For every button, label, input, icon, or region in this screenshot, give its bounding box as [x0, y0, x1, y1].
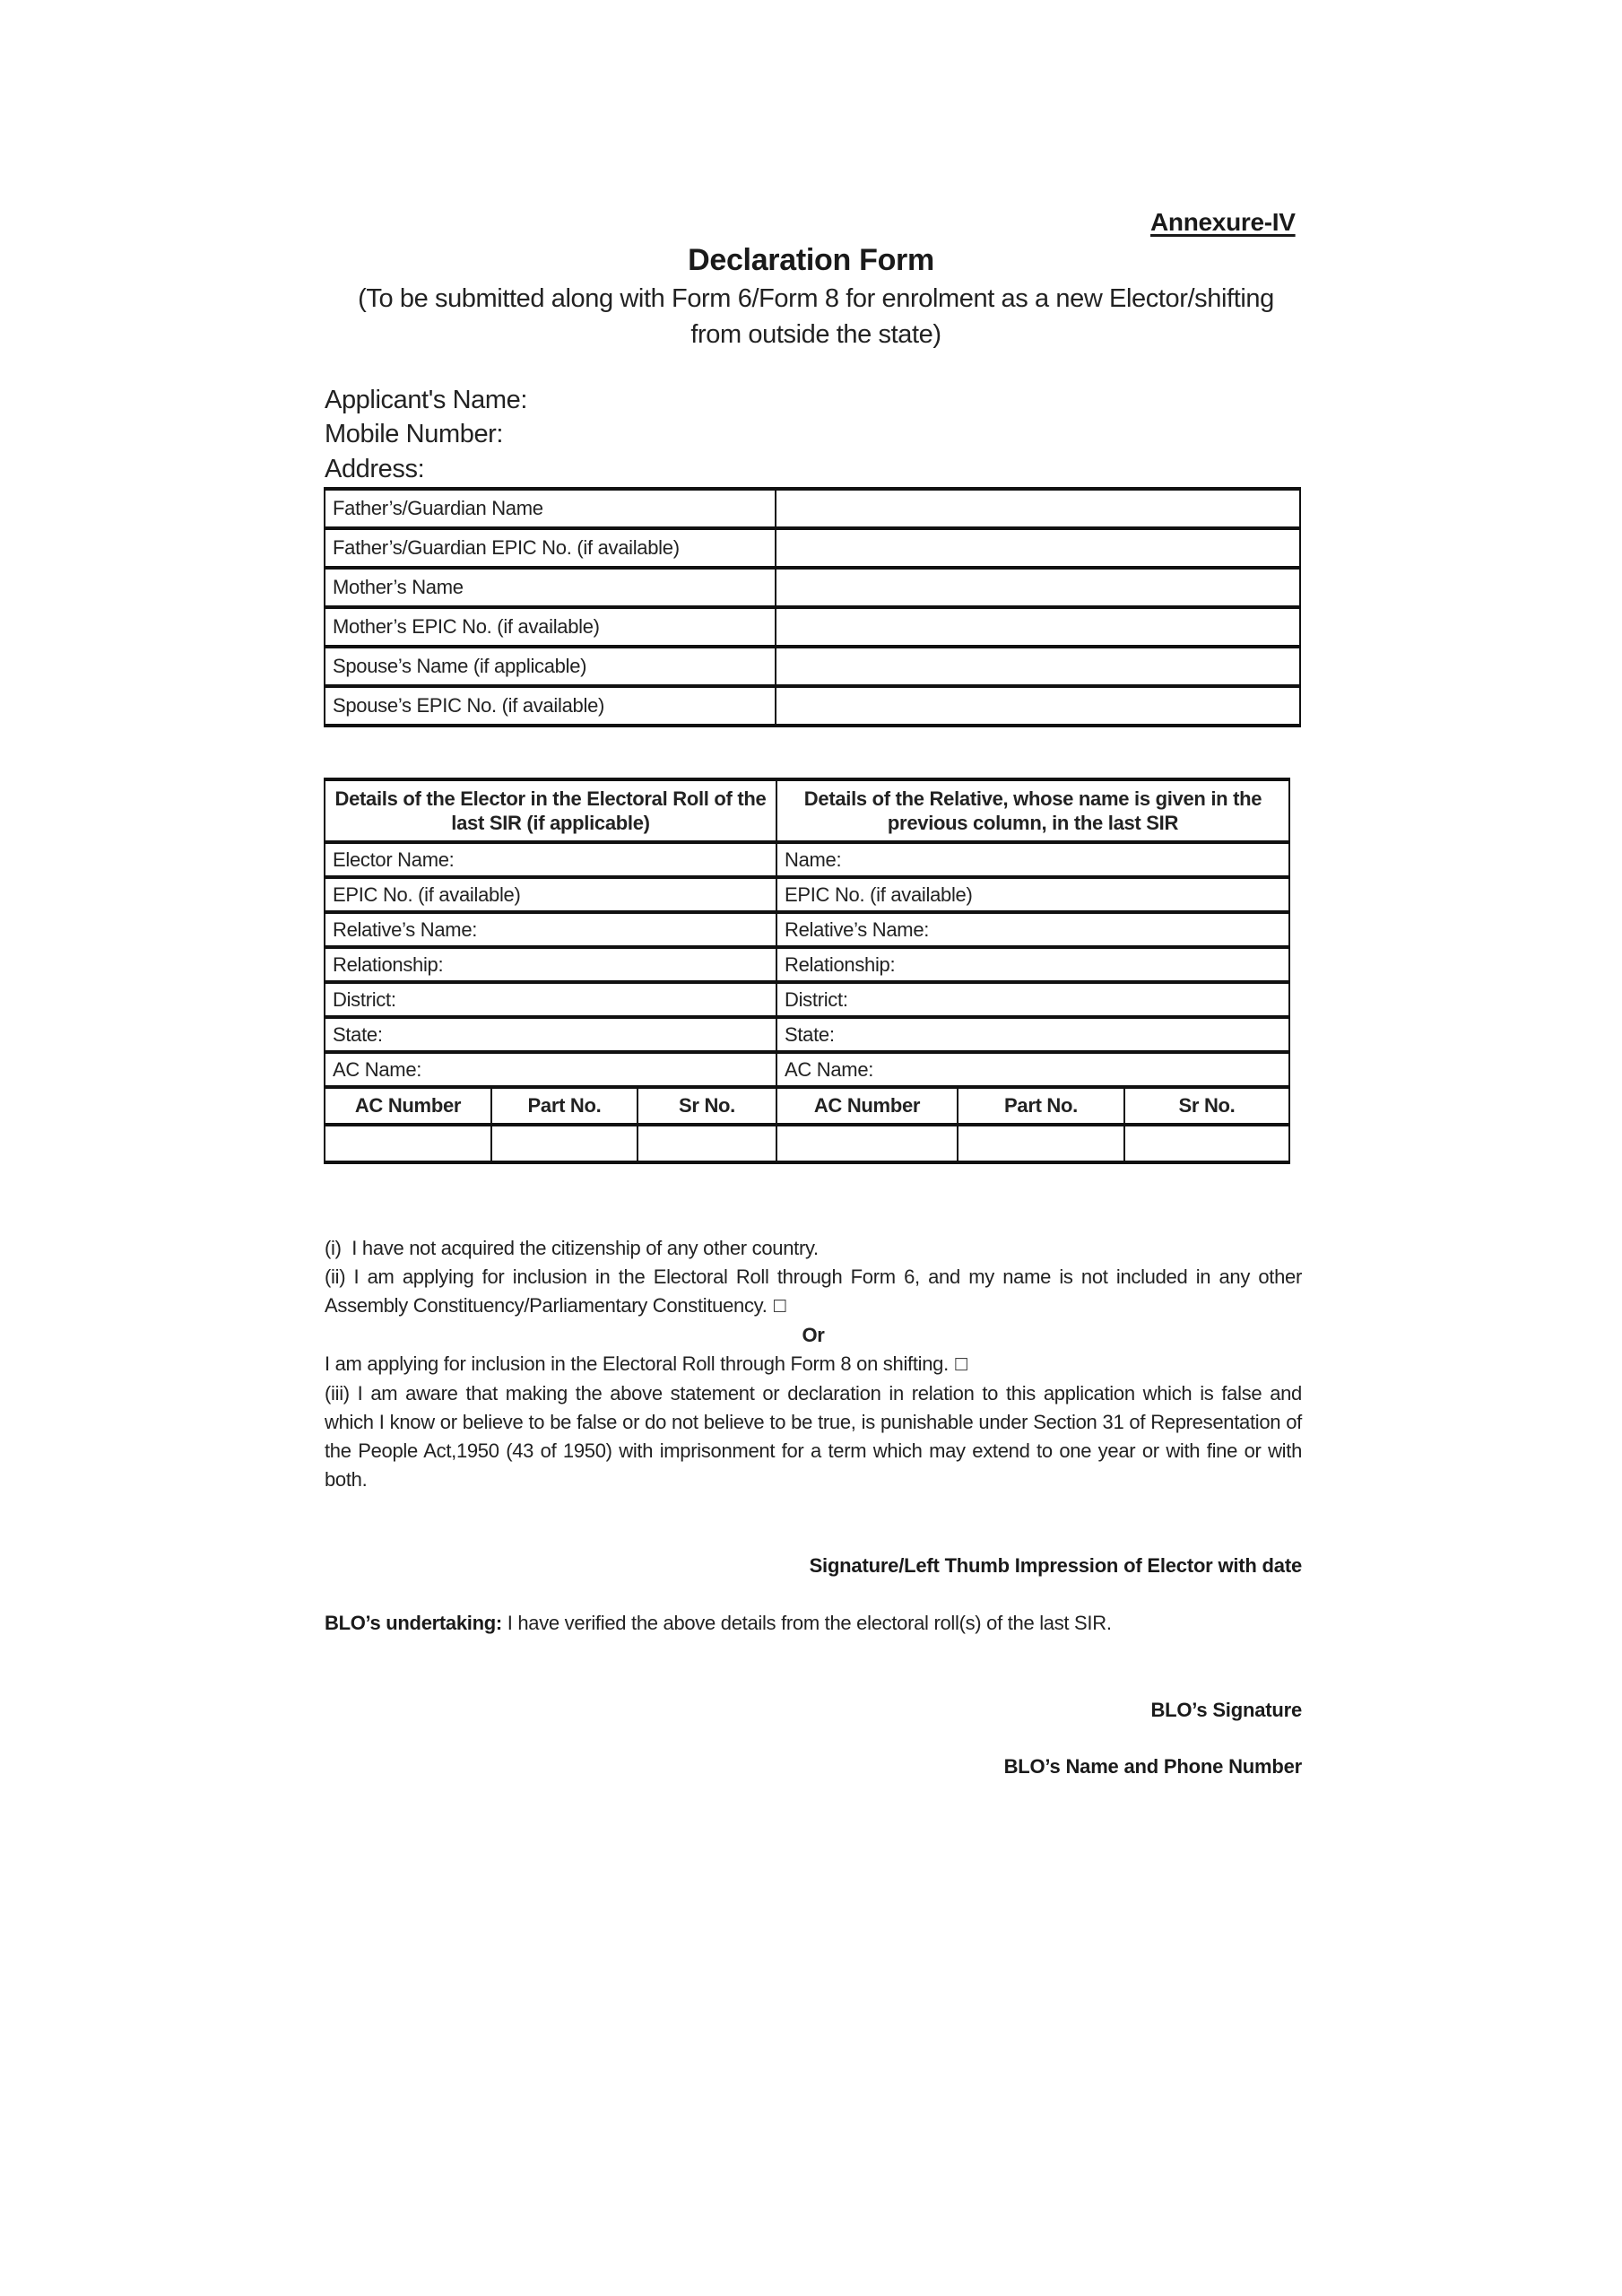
declaration-item-2b-text: I am applying for inclusion in the Elect…: [325, 1352, 949, 1375]
family-field-label: Mother’s Name: [325, 568, 776, 607]
roll-table-row: Elector Name:Name:: [325, 842, 1289, 877]
mobile-number-field[interactable]: Mobile Number:: [325, 420, 503, 449]
ac-subheader-row: AC Number Part No. Sr No. AC Number Part…: [325, 1087, 1289, 1125]
family-field-label: Spouse’s EPIC No. (if available): [325, 686, 776, 726]
electoral-roll-table: Details of the Elector in the Electoral …: [324, 778, 1290, 1164]
elector-sr-no-input[interactable]: [638, 1125, 776, 1162]
annexure-label: Annexure-IV: [1150, 208, 1296, 237]
elector-ac-number-header: AC Number: [325, 1087, 491, 1125]
family-field-input[interactable]: [776, 489, 1300, 528]
form8-checkbox-icon[interactable]: ☐: [954, 1355, 969, 1375]
relative-part-no-header: Part No.: [958, 1087, 1124, 1125]
address-field[interactable]: Address:: [325, 455, 424, 484]
elector-ac-number-input[interactable]: [325, 1125, 491, 1162]
family-field-input[interactable]: [776, 647, 1300, 686]
family-table-row: Father’s/Guardian EPIC No. (if available…: [325, 528, 1300, 568]
declaration-section: (i) I have not acquired the citizenship …: [325, 1234, 1302, 1494]
or-separator: Or: [325, 1321, 1302, 1350]
ac-values-row: [325, 1125, 1289, 1162]
relative-details-header: Details of the Relative, whose name is g…: [776, 779, 1289, 842]
relative-roll-field[interactable]: Relationship:: [776, 947, 1289, 982]
family-field-input[interactable]: [776, 686, 1300, 726]
elector-details-header: Details of the Elector in the Electoral …: [325, 779, 776, 842]
relative-ac-number-input[interactable]: [776, 1125, 958, 1162]
blo-undertaking-text: I have verified the above details from t…: [502, 1612, 1112, 1634]
subtitle-line-1: (To be submitted along with Form 6/Form …: [323, 281, 1309, 317]
relative-roll-field[interactable]: EPIC No. (if available): [776, 877, 1289, 912]
blo-signature-label: BLO’s Signature: [1150, 1699, 1302, 1722]
family-table-row: Spouse’s EPIC No. (if available): [325, 686, 1300, 726]
applicant-name-field[interactable]: Applicant's Name:: [325, 386, 527, 415]
family-table-row: Mother’s EPIC No. (if available): [325, 607, 1300, 647]
roll-table-row: EPIC No. (if available)EPIC No. (if avai…: [325, 877, 1289, 912]
form6-checkbox-icon[interactable]: ☐: [772, 1297, 787, 1317]
page-subtitle: (To be submitted along with Form 6/Form …: [323, 281, 1309, 352]
blo-undertaking-label: BLO’s undertaking:: [325, 1612, 502, 1634]
subtitle-line-2: from outside the state): [323, 317, 1309, 352]
elector-roll-field[interactable]: AC Name:: [325, 1052, 776, 1087]
family-field-label: Father’s/Guardian Name: [325, 489, 776, 528]
family-field-label: Spouse’s Name (if applicable): [325, 647, 776, 686]
family-details-table: Father’s/Guardian NameFather’s/Guardian …: [324, 487, 1301, 727]
roll-table-row: District:District:: [325, 982, 1289, 1017]
roll-table-row: AC Name:AC Name:: [325, 1052, 1289, 1087]
elector-roll-field[interactable]: District:: [325, 982, 776, 1017]
roll-table-row: Relationship:Relationship:: [325, 947, 1289, 982]
family-table-row: Spouse’s Name (if applicable): [325, 647, 1300, 686]
family-field-label: Mother’s EPIC No. (if available): [325, 607, 776, 647]
elector-sr-no-header: Sr No.: [638, 1087, 776, 1125]
declaration-item-1: (i) I have not acquired the citizenship …: [325, 1234, 1302, 1263]
roll-table-row: State:State:: [325, 1017, 1289, 1052]
declaration-item-2-text: (ii) I am applying for inclusion in the …: [325, 1265, 1302, 1317]
relative-roll-field[interactable]: State:: [776, 1017, 1289, 1052]
relative-sr-no-header: Sr No.: [1124, 1087, 1289, 1125]
family-table-row: Father’s/Guardian Name: [325, 489, 1300, 528]
relative-ac-number-header: AC Number: [776, 1087, 958, 1125]
page-title: Declaration Form: [0, 243, 1622, 278]
elector-roll-field[interactable]: Relative’s Name:: [325, 912, 776, 947]
relative-part-no-input[interactable]: [958, 1125, 1124, 1162]
relative-roll-field[interactable]: Relative’s Name:: [776, 912, 1289, 947]
relative-sr-no-input[interactable]: [1124, 1125, 1289, 1162]
elector-roll-field[interactable]: State:: [325, 1017, 776, 1052]
elector-roll-field[interactable]: Elector Name:: [325, 842, 776, 877]
blo-undertaking: BLO’s undertaking: I have verified the a…: [325, 1612, 1112, 1635]
elector-roll-field[interactable]: EPIC No. (if available): [325, 877, 776, 912]
declaration-item-2b: I am applying for inclusion in the Elect…: [325, 1350, 1302, 1379]
elector-signature-label: Signature/Left Thumb Impression of Elect…: [810, 1554, 1302, 1578]
family-table-row: Mother’s Name: [325, 568, 1300, 607]
family-field-label: Father’s/Guardian EPIC No. (if available…: [325, 528, 776, 568]
elector-roll-field[interactable]: Relationship:: [325, 947, 776, 982]
relative-roll-field[interactable]: AC Name:: [776, 1052, 1289, 1087]
elector-part-no-input[interactable]: [491, 1125, 638, 1162]
elector-part-no-header: Part No.: [491, 1087, 638, 1125]
relative-roll-field[interactable]: District:: [776, 982, 1289, 1017]
declaration-item-2: (ii) I am applying for inclusion in the …: [325, 1263, 1302, 1321]
roll-table-row: Relative’s Name:Relative’s Name:: [325, 912, 1289, 947]
relative-roll-field[interactable]: Name:: [776, 842, 1289, 877]
blo-name-phone-label: BLO’s Name and Phone Number: [1004, 1755, 1302, 1779]
declaration-item-3: (iii) I am aware that making the above s…: [325, 1379, 1302, 1494]
family-field-input[interactable]: [776, 607, 1300, 647]
roll-table-header-row: Details of the Elector in the Electoral …: [325, 779, 1289, 842]
family-field-input[interactable]: [776, 568, 1300, 607]
family-field-input[interactable]: [776, 528, 1300, 568]
